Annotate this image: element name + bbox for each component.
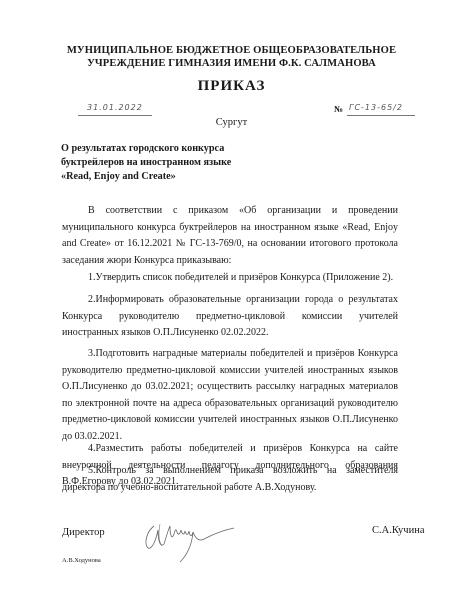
preamble-paragraph: В соответствии с приказом «Об организаци…	[62, 203, 398, 269]
order-item-1: 1.Утвердить список победителей и призёро…	[62, 270, 398, 287]
city: Сургут	[0, 117, 463, 128]
handwritten-number: ГС-13-65/2	[349, 103, 403, 112]
order-item-2: 2.Информировать образовательные организа…	[62, 292, 398, 342]
document-page: МУНИЦИПАЛЬНОЕ БЮДЖЕТНОЕ ОБЩЕОБРАЗОВАТЕЛЬ…	[0, 0, 463, 599]
handwritten-signature-icon	[140, 518, 240, 566]
signatory-role: Директор	[62, 527, 105, 538]
order-item-3: 3.Подготовить наградные материалы победи…	[62, 346, 398, 445]
date-field: 31.01.2022	[78, 103, 152, 116]
header-line-1: МУНИЦИПАЛЬНОЕ БЮДЖЕТНОЕ ОБЩЕОБРАЗОВАТЕЛЬ…	[0, 44, 463, 57]
header-line-2: УЧРЕЖДЕНИЕ ГИМНАЗИЯ ИМЕНИ Ф.К. САЛМАНОВА	[0, 57, 463, 70]
number-label: №	[334, 104, 343, 114]
subject-line-2: буктрейлеров на иностранном языке	[61, 156, 231, 170]
document-title: ПРИКАЗ	[0, 78, 463, 95]
signatory-name: С.А.Кучина	[372, 525, 424, 536]
number-field: ГС-13-65/2	[347, 103, 415, 116]
organization-header: МУНИЦИПАЛЬНОЕ БЮДЖЕТНОЕ ОБЩЕОБРАЗОВАТЕЛЬ…	[0, 44, 463, 70]
subject-line-3: «Read, Enjoy and Create»	[61, 170, 231, 184]
order-item-5: 5.Контроль за выполнением приказа возлож…	[62, 463, 398, 496]
subject-line-1: О результатах городского конкурса	[61, 142, 231, 156]
handwritten-date: 31.01.2022	[87, 103, 143, 112]
order-subject: О результатах городского конкурса буктре…	[61, 142, 231, 184]
executor-name: А.В.Ходунова	[62, 557, 101, 564]
